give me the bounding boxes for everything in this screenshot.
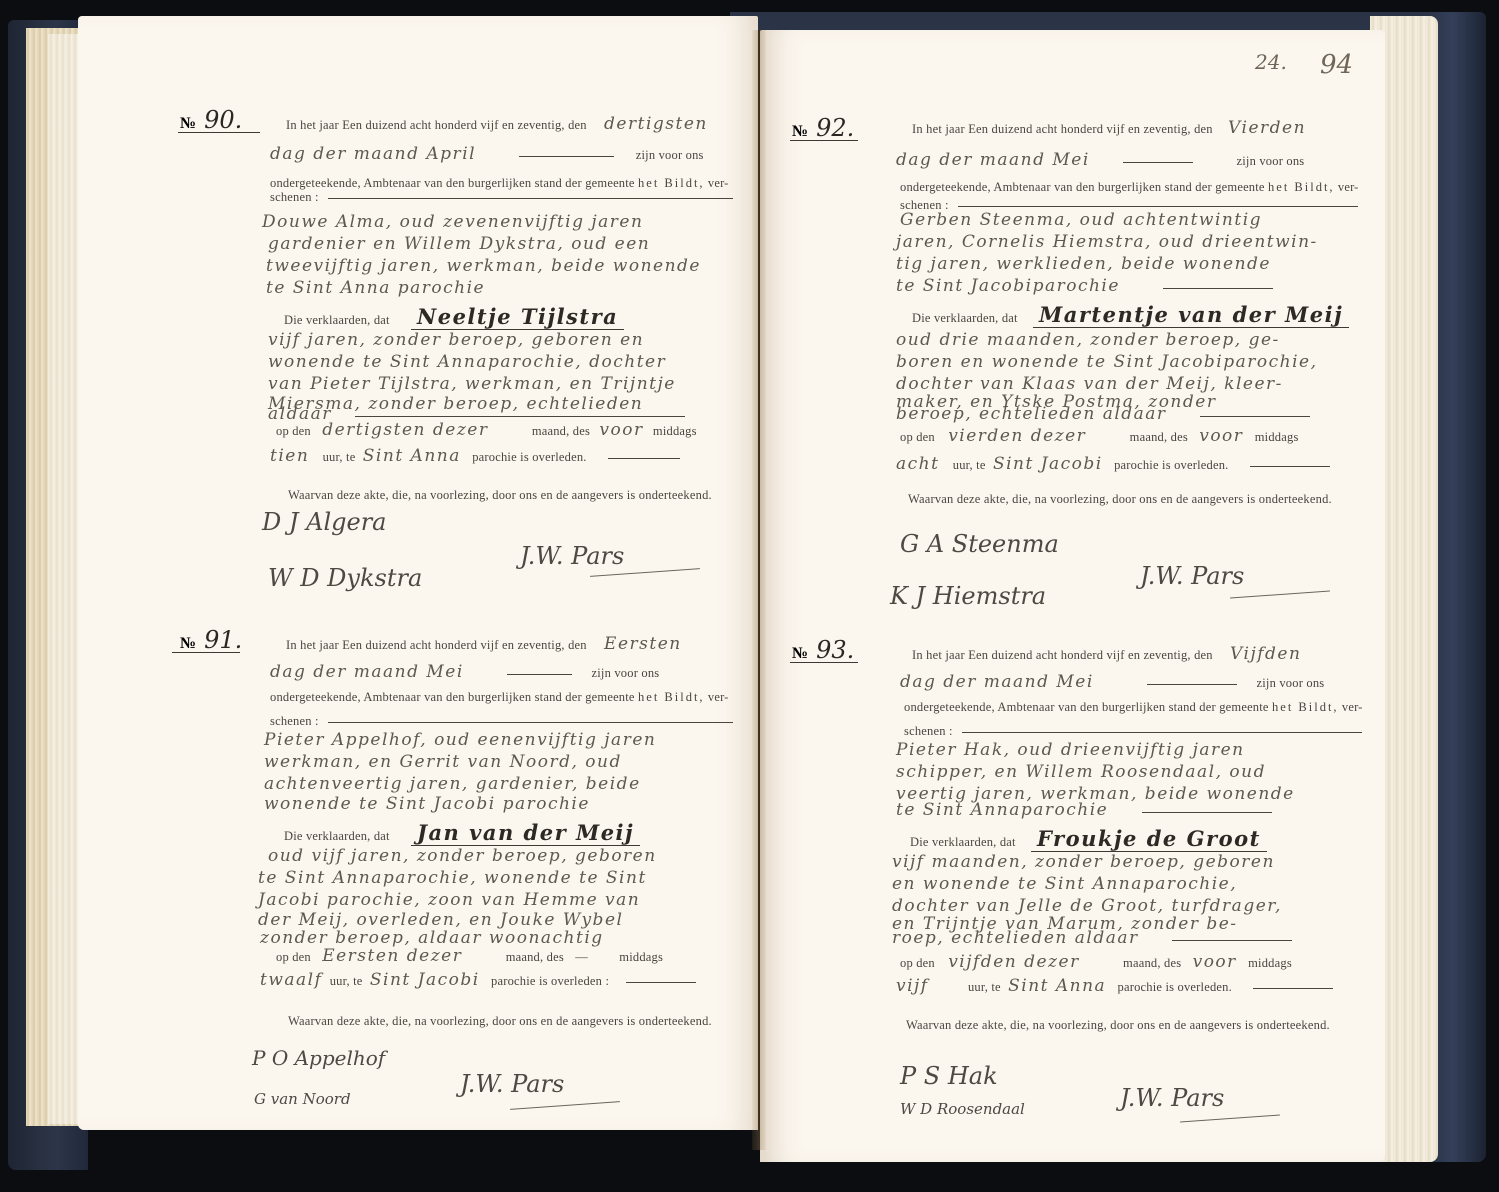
death-date-line: op den vierden dezer maand, des voor mid… [900, 426, 1299, 446]
month-line: dag der maand Mei zijn voor ons [270, 662, 659, 682]
informants-line-2: werkman, en Gerrit van Noord, oud [264, 752, 622, 772]
details-line-1: oud drie maanden, zonder beroep, ge- [896, 330, 1280, 350]
death-place-line: twaalf uur, te Sint Jacobi parochie is o… [260, 970, 696, 990]
death-place-line: vijf uur, te Sint Anna parochie is overl… [896, 976, 1333, 996]
informants-line-2: schipper, en Willem Roosendaal, oud [896, 762, 1266, 782]
deceased-name: Jan van der Meij [411, 820, 640, 846]
details-line-5: beroep, echtelieden aldaar [896, 404, 1310, 424]
book-gutter [752, 30, 766, 1150]
declaration-line: Die verklaarden, dat Froukje de Groot [910, 826, 1267, 851]
official-line: ondergeteekende, Ambtenaar van den burge… [270, 690, 729, 705]
informants-line-1: Pieter Appelhof, oud eenenvijftig jaren [264, 730, 656, 750]
month-line: dag der maand Mei zijn voor ons [900, 672, 1324, 692]
details-line-1: vijf maanden, zonder beroep, geboren [892, 852, 1275, 872]
details-line-3: Jacobi parochie, zoon van Hemme van [258, 890, 640, 910]
closing-line: Waarvan deze akte, die, na voorlezing, d… [906, 1018, 1330, 1033]
details-line-5: roep, echtelieden aldaar [892, 928, 1292, 948]
details-line-3: dochter van Klaas van der Meij, kleer- [896, 374, 1283, 394]
signature-informant-1: G A Steenma [900, 530, 1059, 558]
signature-informant-2: K J Hiemstra [890, 582, 1046, 610]
book-cover-top [730, 12, 1430, 30]
informants-line-4: te Sint Jacobiparochie [896, 276, 1273, 296]
record-number-underline [178, 132, 260, 133]
informants-line-3: achtenveertig jaren, gardenier, beide [264, 774, 641, 794]
informants-line-3: tweevijftig jaren, werkman, beide wonend… [266, 256, 701, 276]
informants-line-1: Gerben Steenma, oud achtentwintig [900, 210, 1262, 230]
official-line: ondergeteekende, Ambtenaar van den burge… [900, 180, 1359, 195]
signature-informant-2: G van Noord [254, 1090, 351, 1108]
signature-informant-2: W D Roosendaal [900, 1100, 1025, 1118]
closing-line: Waarvan deze akte, die, na voorlezing, d… [288, 1014, 712, 1029]
signature-informant-1: P O Appelhof [252, 1046, 385, 1070]
verschenen-line: schenen : [270, 190, 733, 205]
signature-informant-1: D J Algera [262, 508, 386, 536]
closing-line: Waarvan deze akte, die, na voorlezing, d… [288, 488, 712, 503]
details-line-2: boren en wonende te Sint Jacobiparochie, [896, 352, 1318, 372]
signature-official: J.W. Pars [460, 1070, 564, 1098]
signature-official: J.W. Pars [520, 542, 624, 570]
folio-number: 94 [1320, 50, 1353, 80]
death-place-line: tien uur, te Sint Anna parochie is overl… [270, 446, 680, 466]
death-date-line: op den dertigsten dezer maand, des voor … [276, 420, 697, 440]
informants-line-4: wonende te Sint Jacobi parochie [264, 794, 590, 814]
death-date-line: op den Eersten dezer maand, des — middag… [276, 946, 663, 966]
signature-informant-2: W D Dykstra [268, 564, 422, 592]
signature-official: J.W. Pars [1140, 562, 1244, 590]
informants-line-1: Pieter Hak, oud drieenvijftig jaren [896, 740, 1245, 760]
record-number: №93. [792, 636, 854, 664]
folio-number-small: 24. [1255, 50, 1287, 74]
month-line: dag der maand Mei zijn voor ons [896, 150, 1304, 170]
record-number: №91. [180, 626, 242, 654]
details-line-1: oud vijf jaren, zonder beroep, geboren [268, 846, 657, 866]
details-line-5: zonder beroep, aldaar woonachtig [260, 928, 604, 948]
death-place-line: acht uur, te Sint Jacobi parochie is ove… [896, 454, 1330, 474]
informants-line-4: te Sint Anna parochie [266, 278, 485, 298]
record-number: №92. [792, 114, 854, 142]
declaration-line: Die verklaarden, dat Jan van der Meij [284, 820, 640, 845]
intro-line: In het jaar Een duizend acht honderd vij… [912, 644, 1301, 664]
record-number: №90. [180, 106, 242, 134]
declaration-line: Die verklaarden, dat Martentje van der M… [912, 302, 1349, 327]
deceased-name: Neeltje Tijlstra [411, 304, 624, 330]
informants-line-4: te Sint Annaparochie [896, 800, 1272, 820]
informants-line-2: gardenier en Willem Dykstra, oud een [268, 234, 650, 254]
verschenen-line: schenen : [270, 714, 733, 729]
details-line-3: dochter van Jelle de Groot, turfdrager, [892, 896, 1282, 916]
details-line-2: te Sint Annaparochie, wonende te Sint [258, 868, 647, 888]
declaration-line: Die verklaarden, dat Neeltje Tijlstra [284, 304, 624, 329]
death-date-line: op den vijfden dezer maand, des voor mid… [900, 952, 1292, 972]
verschenen-line: schenen : [904, 724, 1362, 739]
official-line: ondergeteekende, Ambtenaar van den burge… [904, 700, 1363, 715]
details-line-1: vijf jaren, zonder beroep, geboren en [268, 330, 644, 350]
details-line-3: van Pieter Tijlstra, werkman, en Trijntj… [268, 374, 676, 394]
number-sign: № [180, 115, 196, 132]
deceased-name: Froukje de Groot [1031, 826, 1267, 852]
signature-official: J.W. Pars [1120, 1084, 1224, 1112]
official-line: ondergeteekende, Ambtenaar van den burge… [270, 176, 729, 191]
signature-informant-1: P S Hak [900, 1062, 998, 1090]
month-line: dag der maand April zijn voor ons [270, 144, 704, 164]
intro-line: In het jaar Een duizend acht honderd vij… [286, 114, 708, 134]
intro-line: In het jaar Een duizend acht honderd vij… [912, 118, 1306, 138]
day-word: dertigsten [604, 114, 708, 134]
closing-line: Waarvan deze akte, die, na voorlezing, d… [908, 492, 1332, 507]
details-line-2: wonende te Sint Annaparochie, dochter [268, 352, 666, 372]
details-line-2: en wonende te Sint Annaparochie, [892, 874, 1237, 894]
informants-line-2: jaren, Cornelis Hiemstra, oud drieentwin… [896, 232, 1318, 252]
informants-line-1: Douwe Alma, oud zevenenvijftig jaren [262, 212, 643, 232]
intro-line: In het jaar Een duizend acht honderd vij… [286, 634, 682, 654]
informants-line-3: tig jaren, werklieden, beide wonende [896, 254, 1271, 274]
deceased-name: Martentje van der Meij [1033, 302, 1349, 328]
details-line-4: der Meij, overleden, en Jouke Wybel [258, 910, 623, 930]
